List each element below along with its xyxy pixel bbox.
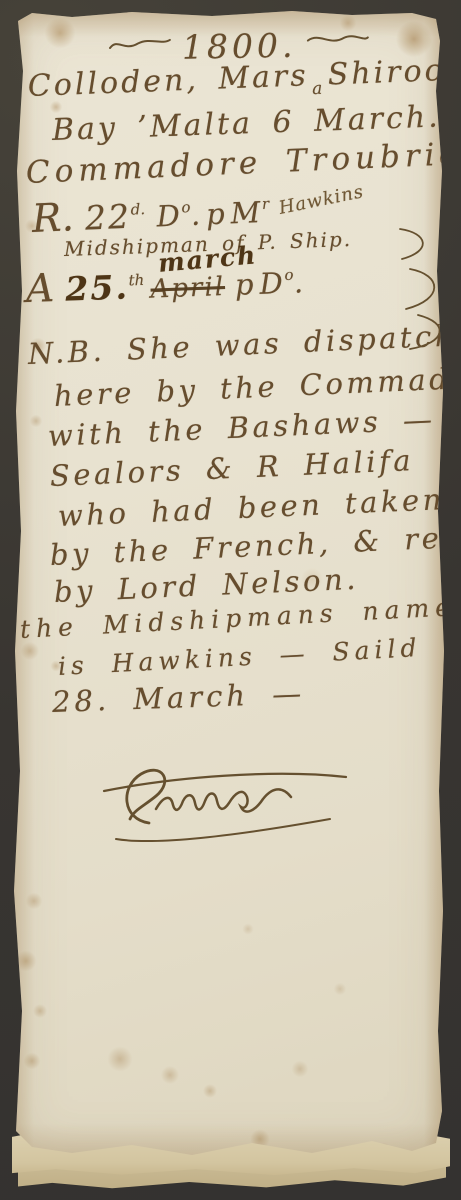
received-title: M [230, 195, 263, 230]
received-ditto: D [156, 198, 183, 233]
address-line-1-start: Colloden, Mars [27, 58, 309, 104]
received-ditto-dot: . [190, 198, 203, 232]
scanned-document: 1800. Colloden, MarsaShiroco Bay ’Malta … [0, 0, 461, 1200]
received-name: Hawkins [277, 181, 366, 219]
per-abbreviation: p [205, 197, 227, 232]
ink-flourish-icon [108, 33, 172, 54]
per-abbreviation: p [234, 267, 256, 302]
received-mark: R. [31, 195, 75, 242]
signature-flourish [94, 747, 356, 851]
answered-day: 25. [65, 267, 130, 308]
manuscript-page: 1800. Colloden, MarsaShiroco Bay ’Malta … [12, 11, 444, 1157]
received-day: 22 [84, 197, 132, 238]
answered-ditto-dot: . [293, 265, 305, 299]
handwriting-layer: 1800. Colloden, MarsaShiroco Bay ’Malta … [12, 11, 444, 1157]
answered-ditto: D [259, 266, 285, 301]
received-title-sup: r [262, 195, 270, 213]
answered-day-suffix: th [128, 271, 144, 290]
margin-flourish-icon [342, 223, 452, 353]
ink-flourish-icon [306, 29, 370, 50]
postscript-line: is Hawkins — Saild [57, 633, 422, 681]
corrected-month: marchApril [150, 268, 226, 305]
inserted-letter: a [312, 79, 326, 99]
received-day-suffix: d. [130, 200, 145, 219]
answered-entry: A 25.thmarchAprilpDo. [25, 257, 305, 312]
answered-mark: A [25, 266, 55, 312]
postscript-line: 28. March — [51, 676, 305, 719]
